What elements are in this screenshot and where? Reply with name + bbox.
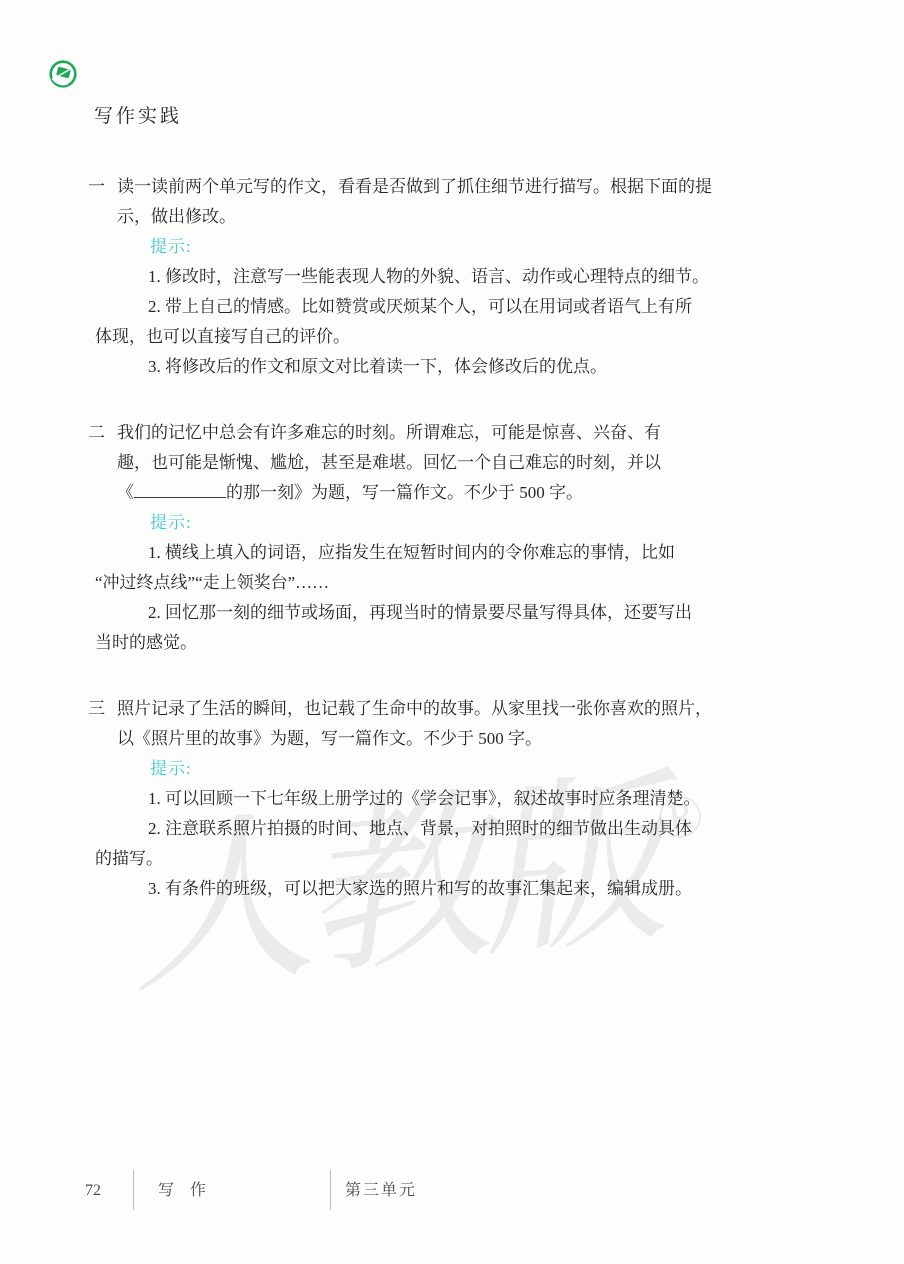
hint-item: 2. 回忆那一刻的细节或场面，再现当时的情景要尽量写得具体，还要写出 bbox=[95, 598, 816, 628]
green-book-circle-icon bbox=[49, 60, 77, 88]
task-paragraph: 读一读前两个单元写的作文，看看是否做到了抓住细节进行描写。根据下面的提 示，做出… bbox=[117, 172, 816, 232]
footer-divider bbox=[330, 1170, 331, 1210]
section-number: 三 bbox=[88, 694, 118, 724]
paragraph-line: 照片记录了生活的瞬间，也记载了生命中的故事。从家里找一张你喜欢的照片， bbox=[117, 694, 816, 724]
task-paragraph: 照片记录了生活的瞬间，也记载了生命中的故事。从家里找一张你喜欢的照片， 以《照片… bbox=[117, 694, 816, 754]
hint-item: 3. 将修改后的作文和原文对比着读一下，体会修改后的优点。 bbox=[95, 352, 816, 382]
paragraph-line: 读一读前两个单元写的作文，看看是否做到了抓住细节进行描写。根据下面的提 bbox=[117, 172, 816, 202]
hint-item-continuation: “冲过终点线”“走上领奖台”…… bbox=[95, 568, 816, 598]
task-section-3: 三 照片记录了生活的瞬间，也记载了生命中的故事。从家里找一张你喜欢的照片， 以《… bbox=[88, 694, 816, 904]
hint-label: 提示: bbox=[150, 754, 816, 784]
hint-item: 3. 有条件的班级，可以把大家选的照片和写的故事汇集起来，编辑成册。 bbox=[95, 874, 816, 904]
hint-item: 1. 修改时，注意写一些能表现人物的外貌、语言、动作或心理特点的细节。 bbox=[95, 262, 816, 292]
paragraph-line-with-blank: 《的那一刻》为题，写一篇作文。不少于 500 字。 bbox=[117, 478, 816, 508]
footer-section-label: 写 作 bbox=[158, 1180, 212, 1202]
hint-item: 1. 可以回顾一下七年级上册学过的《学会记事》，叙述故事时应条理清楚。 bbox=[95, 784, 816, 814]
page-footer: 72 写 作 第三单元 bbox=[85, 1174, 825, 1214]
task-section-1: 一 读一读前两个单元写的作文，看看是否做到了抓住细节进行描写。根据下面的提 示，… bbox=[88, 172, 816, 382]
task-paragraph: 我们的记忆中总会有许多难忘的时刻。所谓难忘，可能是惊喜、兴奋、有 趣，也可能是惭… bbox=[117, 418, 816, 508]
paragraph-line: 我们的记忆中总会有许多难忘的时刻。所谓难忘，可能是惊喜、兴奋、有 bbox=[117, 418, 816, 448]
hints-block: 提示: 1. 横线上填入的词语，应指发生在短暂时间内的令你难忘的事情，比如 “冲… bbox=[95, 508, 816, 658]
page-number: 72 bbox=[85, 1180, 101, 1202]
hint-item: 2. 带上自己的情感。比如赞赏或厌烦某个人，可以在用词或者语气上有所 bbox=[95, 292, 816, 322]
section-number: 二 bbox=[88, 418, 118, 448]
task-section-2: 二 我们的记忆中总会有许多难忘的时刻。所谓难忘，可能是惊喜、兴奋、有 趣，也可能… bbox=[88, 418, 816, 658]
fill-in-blank-line bbox=[134, 484, 226, 498]
title-remainder: 的那一刻》为题，写一篇作文。不少于 500 字。 bbox=[226, 483, 583, 502]
footer-unit-label: 第三单元 bbox=[345, 1180, 417, 1202]
hint-label: 提示: bbox=[150, 232, 816, 262]
hint-item-continuation: 当时的感觉。 bbox=[95, 628, 816, 658]
hints-block: 提示: 1. 可以回顾一下七年级上册学过的《学会记事》，叙述故事时应条理清楚。 … bbox=[95, 754, 816, 904]
hint-item: 1. 横线上填入的词语，应指发生在短暂时间内的令你难忘的事情，比如 bbox=[95, 538, 816, 568]
section-number: 一 bbox=[88, 172, 118, 202]
publisher-logo-icon bbox=[49, 60, 77, 88]
hints-block: 提示: 1. 修改时，注意写一些能表现人物的外貌、语言、动作或心理特点的细节。 … bbox=[95, 232, 816, 382]
hint-label: 提示: bbox=[150, 508, 816, 538]
page-body: 写作实践 一 读一读前两个单元写的作文，看看是否做到了抓住细节进行描写。根据下面… bbox=[88, 104, 816, 904]
hint-item: 2. 注意联系照片拍摄的时间、地点、背景，对拍照时的细节做出生动具体 bbox=[95, 814, 816, 844]
hint-item-continuation: 的描写。 bbox=[95, 844, 816, 874]
title-bracket-open: 《 bbox=[117, 483, 134, 502]
paragraph-line: 趣，也可能是惭愧、尴尬，甚至是难堪。回忆一个自己难忘的时刻，并以 bbox=[117, 448, 816, 478]
footer-divider bbox=[133, 1170, 134, 1210]
hint-item-continuation: 体现，也可以直接写自己的评价。 bbox=[95, 322, 816, 352]
page-title: 写作实践 bbox=[94, 104, 816, 130]
paragraph-line: 示，做出修改。 bbox=[117, 202, 816, 232]
paragraph-line: 以《照片里的故事》为题，写一篇作文。不少于 500 字。 bbox=[117, 724, 816, 754]
